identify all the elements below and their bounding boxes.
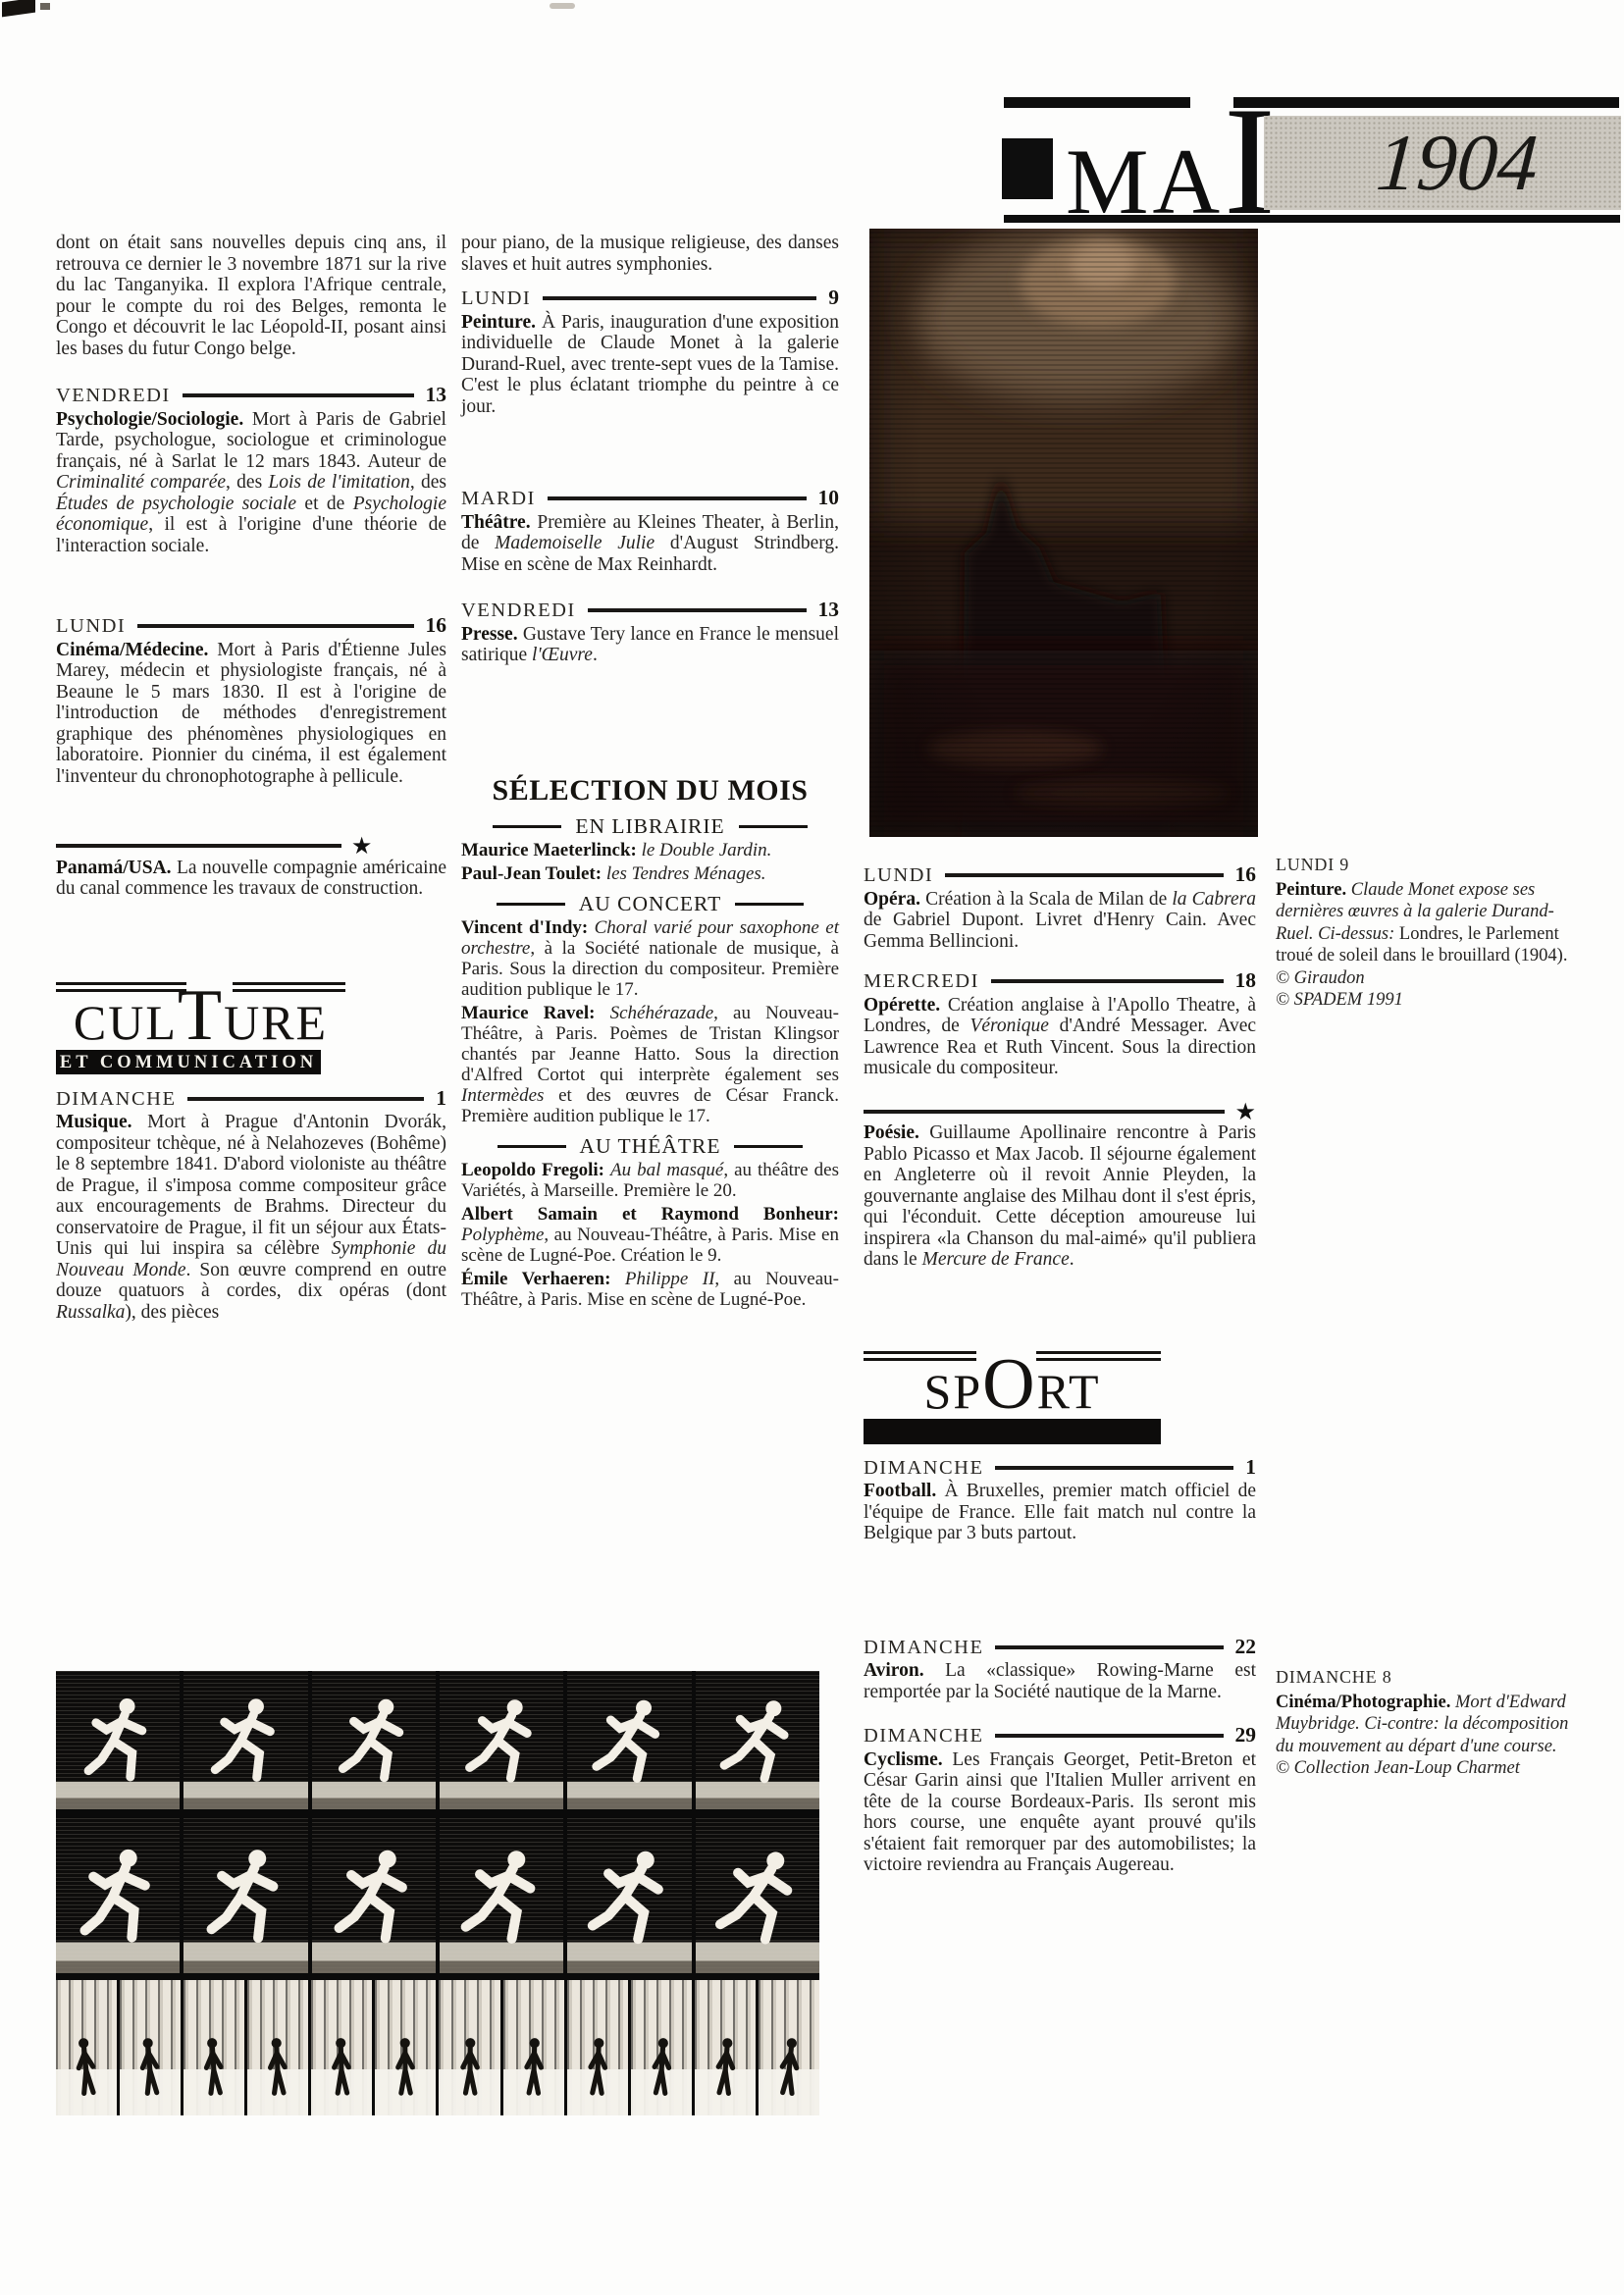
entry-header: LUNDI 9	[461, 287, 839, 310]
selection-item: Vincent d'Indy: Choral varié pour saxoph…	[461, 917, 839, 1000]
chronicle-entry: VENDREDI 13 Psychologie/Sociologie. Mort…	[56, 385, 446, 556]
walker-silhouette-icon	[447, 2033, 491, 2112]
chronicle-entry: LUNDI 16 Cinéma/Médecine. Mort à Paris d…	[56, 615, 446, 787]
entry-day: VENDREDI	[56, 386, 171, 407]
entry-header: DIMANCHE 22	[864, 1637, 1256, 1659]
chronicle-entry: MARDI 10 Théâtre. Première au Kleines Th…	[461, 488, 839, 575]
selection-item: Leopoldo Fregoli: Au bal masqué, au théâ…	[461, 1160, 839, 1201]
entry-rule	[991, 979, 1224, 983]
culture-title: CULTURE	[56, 994, 345, 1044]
scan-artifact	[40, 3, 50, 10]
chronicle-entry: LUNDI 9 Peinture. À Paris, inauguration …	[461, 287, 839, 417]
walker-photo-frame	[311, 1980, 372, 2115]
runner-silhouette-icon	[194, 1690, 298, 1802]
runner-photo-frame	[312, 1818, 436, 1973]
entry-day: VENDREDI	[461, 600, 576, 622]
entry-body: Cinéma/Médecine. Mort à Paris d'Étienne …	[56, 640, 446, 788]
chronicle-entry: DIMANCHE 29 Cyclisme. Les Français Georg…	[864, 1725, 1256, 1876]
photo-caption-muybridge: DIMANCHE 8 Cinéma/Photographie. Mort d'E…	[1276, 1666, 1570, 1780]
muybridge-row	[56, 1980, 819, 2115]
walker-silhouette-icon	[763, 2031, 813, 2113]
continued-paragraph: pour piano, de la musique religieuse, de…	[461, 233, 839, 275]
entry-rule	[995, 1466, 1233, 1470]
selection-item: Paul-Jean Toulet: les Tendres Ménages.	[461, 863, 839, 884]
entry-day: DIMANCHE	[864, 1638, 983, 1659]
runner-photo-frame	[440, 1818, 563, 1973]
runner-silhouette-icon	[451, 1691, 551, 1800]
runner-silhouette-icon	[445, 1841, 557, 1963]
entry-date-number: 18	[1235, 970, 1257, 992]
runner-silhouette-icon	[324, 1691, 424, 1800]
masthead-top-rule-right	[1233, 97, 1619, 108]
entry-day: MERCREDI	[864, 971, 979, 993]
walker-photo-frame	[759, 1980, 819, 2115]
entry-rule	[548, 496, 807, 500]
entry-day: DIMANCHE	[864, 1458, 983, 1480]
year-label: 1904	[1344, 117, 1542, 209]
chronicle-entry: MERCREDI 18 Opérette. Création anglaise …	[864, 970, 1256, 1079]
masthead-bottom-rule	[1004, 215, 1620, 223]
entry-date-number: 13	[818, 600, 840, 621]
entry-header: DIMANCHE 29	[864, 1725, 1256, 1747]
selection-subhead-librairie: EN LIBRAIRIE	[461, 816, 839, 837]
walker-photo-frame	[375, 1980, 436, 2115]
entry-rule	[56, 844, 341, 848]
monet-painting	[869, 229, 1258, 837]
column-left: dont on était sans nouvelles depuis cinq…	[56, 233, 446, 1323]
runner-photo-frame	[56, 1671, 180, 1809]
runner-photo-frame	[440, 1671, 563, 1809]
star-icon: ★	[351, 836, 373, 858]
intro-paragraph: dont on était sans nouvelles depuis cinq…	[56, 233, 446, 359]
chronicle-entry: VENDREDI 13 Presse. Gustave Tery lance e…	[461, 600, 839, 666]
walker-silhouette-icon	[61, 2031, 111, 2113]
entry-date-number: 13	[426, 385, 447, 406]
caption-credit: © Giraudon	[1276, 967, 1570, 990]
section-header-culture: CULTURE ET COMMUNICATION	[56, 982, 345, 1074]
chronicle-entry: ★ Poésie. Guillaume Apollinaire rencontr…	[864, 1100, 1256, 1271]
entry-body: Cyclisme. Les Français Georget, Petit-Br…	[864, 1749, 1256, 1876]
entry-body: Presse. Gustave Tery lance en France le …	[461, 624, 839, 666]
entry-day: LUNDI	[56, 616, 126, 638]
selection-du-mois-box: SÉLECTION DU MOIS EN LIBRAIRIE Maurice M…	[461, 780, 839, 1310]
culture-big-letter: T	[178, 994, 224, 1037]
runner-photo-frame	[183, 1671, 307, 1809]
entry-day: LUNDI	[864, 865, 933, 887]
entry-day: DIMANCHE	[56, 1089, 176, 1111]
entry-date-number: 10	[818, 488, 840, 509]
chronicle-entry: LUNDI 16 Opéra. Création à la Scala de M…	[864, 864, 1256, 952]
walker-photo-frame	[695, 1980, 756, 2115]
runner-silhouette-icon	[704, 1688, 811, 1803]
double-rule	[864, 1351, 1161, 1362]
selection-item: Émile Verhaeren: Philippe II, au Nouveau…	[461, 1269, 839, 1310]
selection-subhead-theatre: AU THÉÂTRE	[461, 1136, 839, 1157]
culture-subtitle-bar: ET COMMUNICATION	[56, 1050, 321, 1074]
sport-title: SPORT	[864, 1363, 1161, 1413]
muybridge-row	[56, 1671, 819, 1809]
walker-photo-frame	[503, 1980, 564, 2115]
selection-item: Albert Samain et Raymond Bonheur: Polyph…	[461, 1204, 839, 1266]
entry-date-number: 1	[436, 1088, 446, 1110]
walker-photo-frame	[56, 1980, 117, 2115]
selection-item: Maurice Ravel: Schéhérazade, au Nouveau-…	[461, 1003, 839, 1126]
runner-silhouette-icon	[58, 1837, 178, 1967]
sport-big-letter: O	[982, 1363, 1036, 1406]
entry-header: ★	[864, 1100, 1256, 1121]
walker-silhouette-icon	[574, 2032, 620, 2112]
runner-photo-frame	[567, 1671, 691, 1809]
entry-header: DIMANCHE 1	[56, 1088, 446, 1111]
runner-photo-frame	[567, 1818, 691, 1973]
entry-rule	[137, 624, 413, 628]
column-right: LUNDI 16 Opéra. Création à la Scala de M…	[864, 229, 1256, 1876]
chronicle-entry: DIMANCHE 1 Musique. Mort à Prague d'Anto…	[56, 1088, 446, 1324]
entry-body: Psychologie/Sociologie. Mort à Paris de …	[56, 409, 446, 557]
caption-credit: © SPADEM 1991	[1276, 989, 1570, 1012]
runner-silhouette-icon	[698, 1837, 817, 1967]
entry-header: MERCREDI 18	[864, 970, 1256, 993]
entry-body: Peinture. À Paris, inauguration d'une ex…	[461, 312, 839, 418]
entry-date-number: 9	[828, 287, 839, 309]
entry-header: ★	[56, 834, 372, 856]
walker-photo-frame	[439, 1980, 499, 2115]
selection-item: Maurice Maeterlinck: le Double Jardin.	[461, 840, 839, 861]
runner-silhouette-icon	[65, 1688, 172, 1803]
year-box: 1904	[1264, 116, 1621, 210]
section-header-sport: SPORT	[864, 1351, 1161, 1444]
entry-rule	[945, 873, 1223, 877]
runner-silhouette-icon	[571, 1839, 687, 1965]
walker-silhouette-icon	[384, 2033, 427, 2112]
walker-photo-frame	[567, 1980, 628, 2115]
chronicle-entry: DIMANCHE 1 Football. À Bruxelles, premie…	[864, 1457, 1256, 1544]
entry-date-number: 16	[426, 615, 447, 637]
runner-silhouette-icon	[187, 1839, 303, 1965]
entry-rule	[183, 393, 414, 397]
walker-silhouette-icon	[126, 2031, 175, 2112]
caption-credit: © Collection Jean-Loup Charmet	[1276, 1757, 1570, 1780]
entry-body: Panamá/USA. La nouvelle compagnie améric…	[56, 858, 446, 900]
walker-photo-frame	[120, 1980, 181, 2115]
entry-date-number: 22	[1235, 1637, 1257, 1658]
column-middle: pour piano, de la musique religieuse, de…	[461, 233, 839, 1313]
runner-photo-frame	[183, 1818, 307, 1973]
entry-rule	[588, 608, 807, 612]
caption-body: Cinéma/Photographie. Mort d'Edward Muybr…	[1276, 1692, 1570, 1758]
photo-caption-monet: LUNDI 9 Peinture. Claude Monet expose se…	[1276, 854, 1570, 1012]
entry-day: DIMANCHE	[864, 1726, 983, 1747]
culture-subtitle: ET COMMUNICATION	[60, 1053, 317, 1072]
entry-rule	[995, 1645, 1223, 1649]
walker-silhouette-icon	[190, 2032, 237, 2113]
walker-photo-frame	[631, 1980, 692, 2115]
entry-rule	[543, 296, 816, 300]
walker-silhouette-icon	[638, 2032, 685, 2113]
selection-title: SÉLECTION DU MOIS	[461, 780, 839, 801]
chronicle-entry: ★ Panamá/USA. La nouvelle compagnie amér…	[56, 834, 446, 900]
entry-body: Opéra. Création à la Scala de Milan de l…	[864, 889, 1256, 953]
entry-header: MARDI 10	[461, 488, 839, 510]
runner-silhouette-icon	[578, 1690, 682, 1802]
entry-header: VENDREDI 13	[461, 600, 839, 622]
walker-photo-frame	[183, 1980, 244, 2115]
runner-photo-frame	[696, 1818, 819, 1973]
entry-header: VENDREDI 13	[56, 385, 446, 407]
entry-header: LUNDI 16	[864, 864, 1256, 887]
month-marker-square-icon	[1002, 138, 1053, 199]
caption-date-label: DIMANCHE 8	[1276, 1666, 1570, 1689]
caption-date-label: LUNDI 9	[1276, 854, 1570, 876]
entry-date-number: 29	[1235, 1725, 1257, 1747]
runner-silhouette-icon	[318, 1841, 430, 1963]
entry-body: Football. À Bruxelles, premier match off…	[864, 1481, 1256, 1544]
entry-day: LUNDI	[461, 288, 531, 310]
walker-silhouette-icon	[319, 2032, 364, 2112]
scan-artifact	[550, 3, 575, 9]
walker-silhouette-icon	[255, 2032, 301, 2112]
entry-body: Théâtre. Première au Kleines Theater, à …	[461, 512, 839, 576]
entry-date-number: 16	[1235, 864, 1257, 886]
entry-rule	[995, 1734, 1223, 1738]
entry-rule	[187, 1097, 424, 1101]
walker-silhouette-icon	[701, 2031, 750, 2112]
muybridge-photo-grid	[56, 1671, 819, 2115]
entry-date-number: 1	[1245, 1457, 1256, 1479]
caption-body: Peinture. Claude Monet expose ses derniè…	[1276, 879, 1570, 967]
entry-body: Poésie. Guillaume Apollinaire rencontre …	[864, 1122, 1256, 1271]
entry-header: LUNDI 16	[56, 615, 446, 638]
runner-photo-frame	[696, 1671, 819, 1809]
runner-photo-frame	[312, 1671, 436, 1809]
painting-texture-overlay	[869, 229, 1258, 837]
chronicle-entry: DIMANCHE 22 Aviron. La «classique» Rowin…	[864, 1637, 1256, 1703]
entry-body: Opérette. Création anglaise à l'Apollo T…	[864, 995, 1256, 1079]
magazine-page: MAI 1904 dont on était sans nouvelles de…	[0, 0, 1624, 2295]
selection-subhead-concert: AU CONCERT	[461, 894, 839, 914]
walker-silhouette-icon	[511, 2032, 556, 2112]
entry-header: DIMANCHE 1	[864, 1457, 1256, 1480]
runner-photo-frame	[56, 1818, 180, 1973]
entry-body: Musique. Mort à Prague d'Antonin Dvorák,…	[56, 1112, 446, 1323]
entry-rule	[864, 1110, 1225, 1114]
entry-body: Aviron. La «classique» Rowing-Marne est …	[864, 1660, 1256, 1702]
scan-artifact	[2, 0, 35, 17]
double-rule	[56, 982, 345, 993]
muybridge-row	[56, 1818, 819, 1973]
entry-day: MARDI	[461, 489, 536, 510]
star-icon: ★	[1234, 1102, 1256, 1123]
walker-photo-frame	[247, 1980, 308, 2115]
